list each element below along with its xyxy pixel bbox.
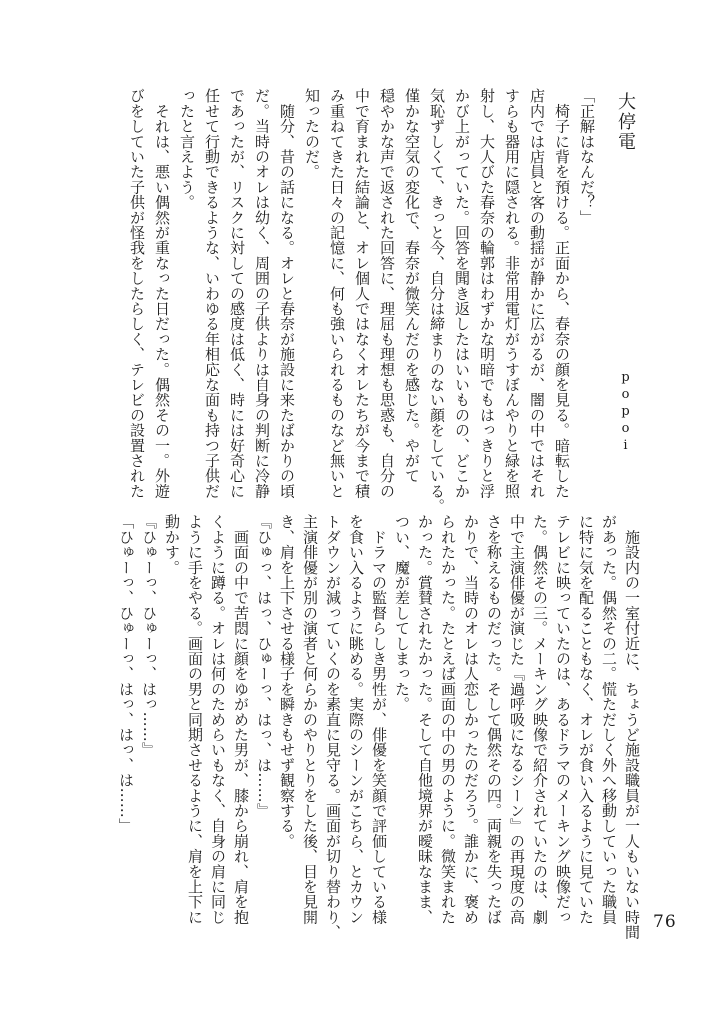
- text-line: 椅子に背を預ける。正面から、春奈の顔を見る。暗転した: [549, 88, 574, 524]
- text-line: すらも器用に隠される。非常用電灯がうすぼんやりと緑を照: [499, 88, 524, 524]
- text-line: トダウンが減っていくのを素直に見守る。画面が切り替わり、: [321, 514, 344, 952]
- text-line: 随分、昔の話になる。オレと春奈が施設に来たばかりの頃: [274, 88, 299, 524]
- text-line: 「ひゅーっ、ひゅーっ、はっ、はっ、は……」: [114, 514, 137, 952]
- text-line: くように蹲る。オレは何のためらいもなく、自身の肩に同じ: [206, 514, 229, 952]
- page-number: 76: [653, 912, 677, 932]
- top-text-block: 「正解はなんだ？」 椅子に背を預ける。正面から、春奈の顔を見る。暗転した店内では…: [121, 88, 599, 524]
- text-line: られたかった。たとえば画面の中の男のように。微笑まれた: [436, 514, 459, 952]
- text-line: さを称えるものだった。そして偶然その四。両親を失ったば: [482, 514, 505, 952]
- text-line: だ。当時のオレは幼く、周囲の子供よりは自身の判断に冷静: [249, 88, 274, 524]
- text-line: 施設内の一室付近に、ちょうど施設職員が一人もいない時間: [620, 514, 643, 952]
- text-line: 気恥ずしくて、きっと今、自分は締まりのない顔をしている。: [424, 88, 449, 524]
- text-line: 穏やかな声で返された回答に、理屈も理想も思惑も、自分の: [374, 88, 399, 524]
- text-line: それは、悪い偶然が重なった日だった。偶然その一。外遊: [149, 88, 174, 524]
- text-line: を食い入るように眺める。実際のシーンがこちら、とカウン: [344, 514, 367, 952]
- text-line: 中で主演俳優が演じた『過呼吸になるシーン』の再現度の高: [505, 514, 528, 952]
- text-line: かった。賞賛されたかった。そして自他境界が曖昧なまま、: [413, 514, 436, 952]
- author-name: popoi: [618, 370, 633, 455]
- text-line: であったが、リスクに対しての感度は低く、時には好奇心に: [224, 88, 249, 524]
- novel-page: 大停電 popoi 「正解はなんだ？」 椅子に背を預ける。正面から、春奈の顔を見…: [0, 0, 724, 1024]
- text-line: かび上がっていた。回答を聞き返したはいいものの、どこか: [449, 88, 474, 524]
- text-line: 画面の中で苦悶に顔をゆがめた男が、膝から崩れ、肩を抱: [229, 514, 252, 952]
- text-line: 「正解はなんだ？」: [574, 88, 599, 524]
- text-line: 店内では店員と客の動揺が静かに広がるが、闇の中ではそれ: [524, 88, 549, 524]
- text-line: があった。偶然その二。慌ただしく外へ移動していった職員: [597, 514, 620, 952]
- page-title: 大停電: [612, 92, 638, 152]
- text-line: 『ひゅーっ、ひゅーっ、はっ……』: [137, 514, 160, 952]
- text-line: ったと言えよう。: [174, 88, 199, 524]
- text-line: つい、魔が差してしまった。: [390, 514, 413, 952]
- text-line: き、肩を上下させる様子を瞬きもせず観察する。: [275, 514, 298, 952]
- text-line: 主演俳優が別の演者と何らかのやりとりをした後、目を見開: [298, 514, 321, 952]
- text-line: た。偶然その三。メーキング映像で紹介されていたのは、劇: [528, 514, 551, 952]
- text-line: ドラマの監督らしき男性が、俳優を笑顔で評価している様: [367, 514, 390, 952]
- text-line: 動かす。: [160, 514, 183, 952]
- text-line: かりで、当時のオレは人恋しかったのだろう。誰かに、褒め: [459, 514, 482, 952]
- text-line: びをしていた子供が怪我をしたらしく、テレビの設置された: [124, 88, 149, 524]
- text-line: に特に気を配ることもなく、オレが食い入るように見ていた: [574, 514, 597, 952]
- text-line: 中で育まれた結論と、オレ個人ではなくオレたちが今まで積: [349, 88, 374, 524]
- bottom-text-block: 施設内の一室付近に、ちょうど施設職員が一人もいない時間があった。偶然その二。慌た…: [113, 514, 643, 952]
- text-line: み重ねてきた日々の記憶に、何も強いられるものなど無いと: [324, 88, 349, 524]
- text-line: 『ひゅっ、はっ、ひゅーっ、はっ、は……』: [252, 514, 275, 952]
- text-line: テレビに映っていたのは、あるドラマのメーキング映像だっ: [551, 514, 574, 952]
- text-line: 射し、大人びた春奈の輪郭はわずかな明暗でもはっきりと浮: [474, 88, 499, 524]
- text-line: 僅かな空気の変化で、春奈が微笑んだのを感じた。やがて: [399, 88, 424, 524]
- text-line: 任せて行動できるような、いわゆる年相応な面も持つ子供だ: [199, 88, 224, 524]
- text-line: ように手をやる。画面の男と同期させるように、肩を上下に: [183, 514, 206, 952]
- text-line: 知ったのだ。: [299, 88, 324, 524]
